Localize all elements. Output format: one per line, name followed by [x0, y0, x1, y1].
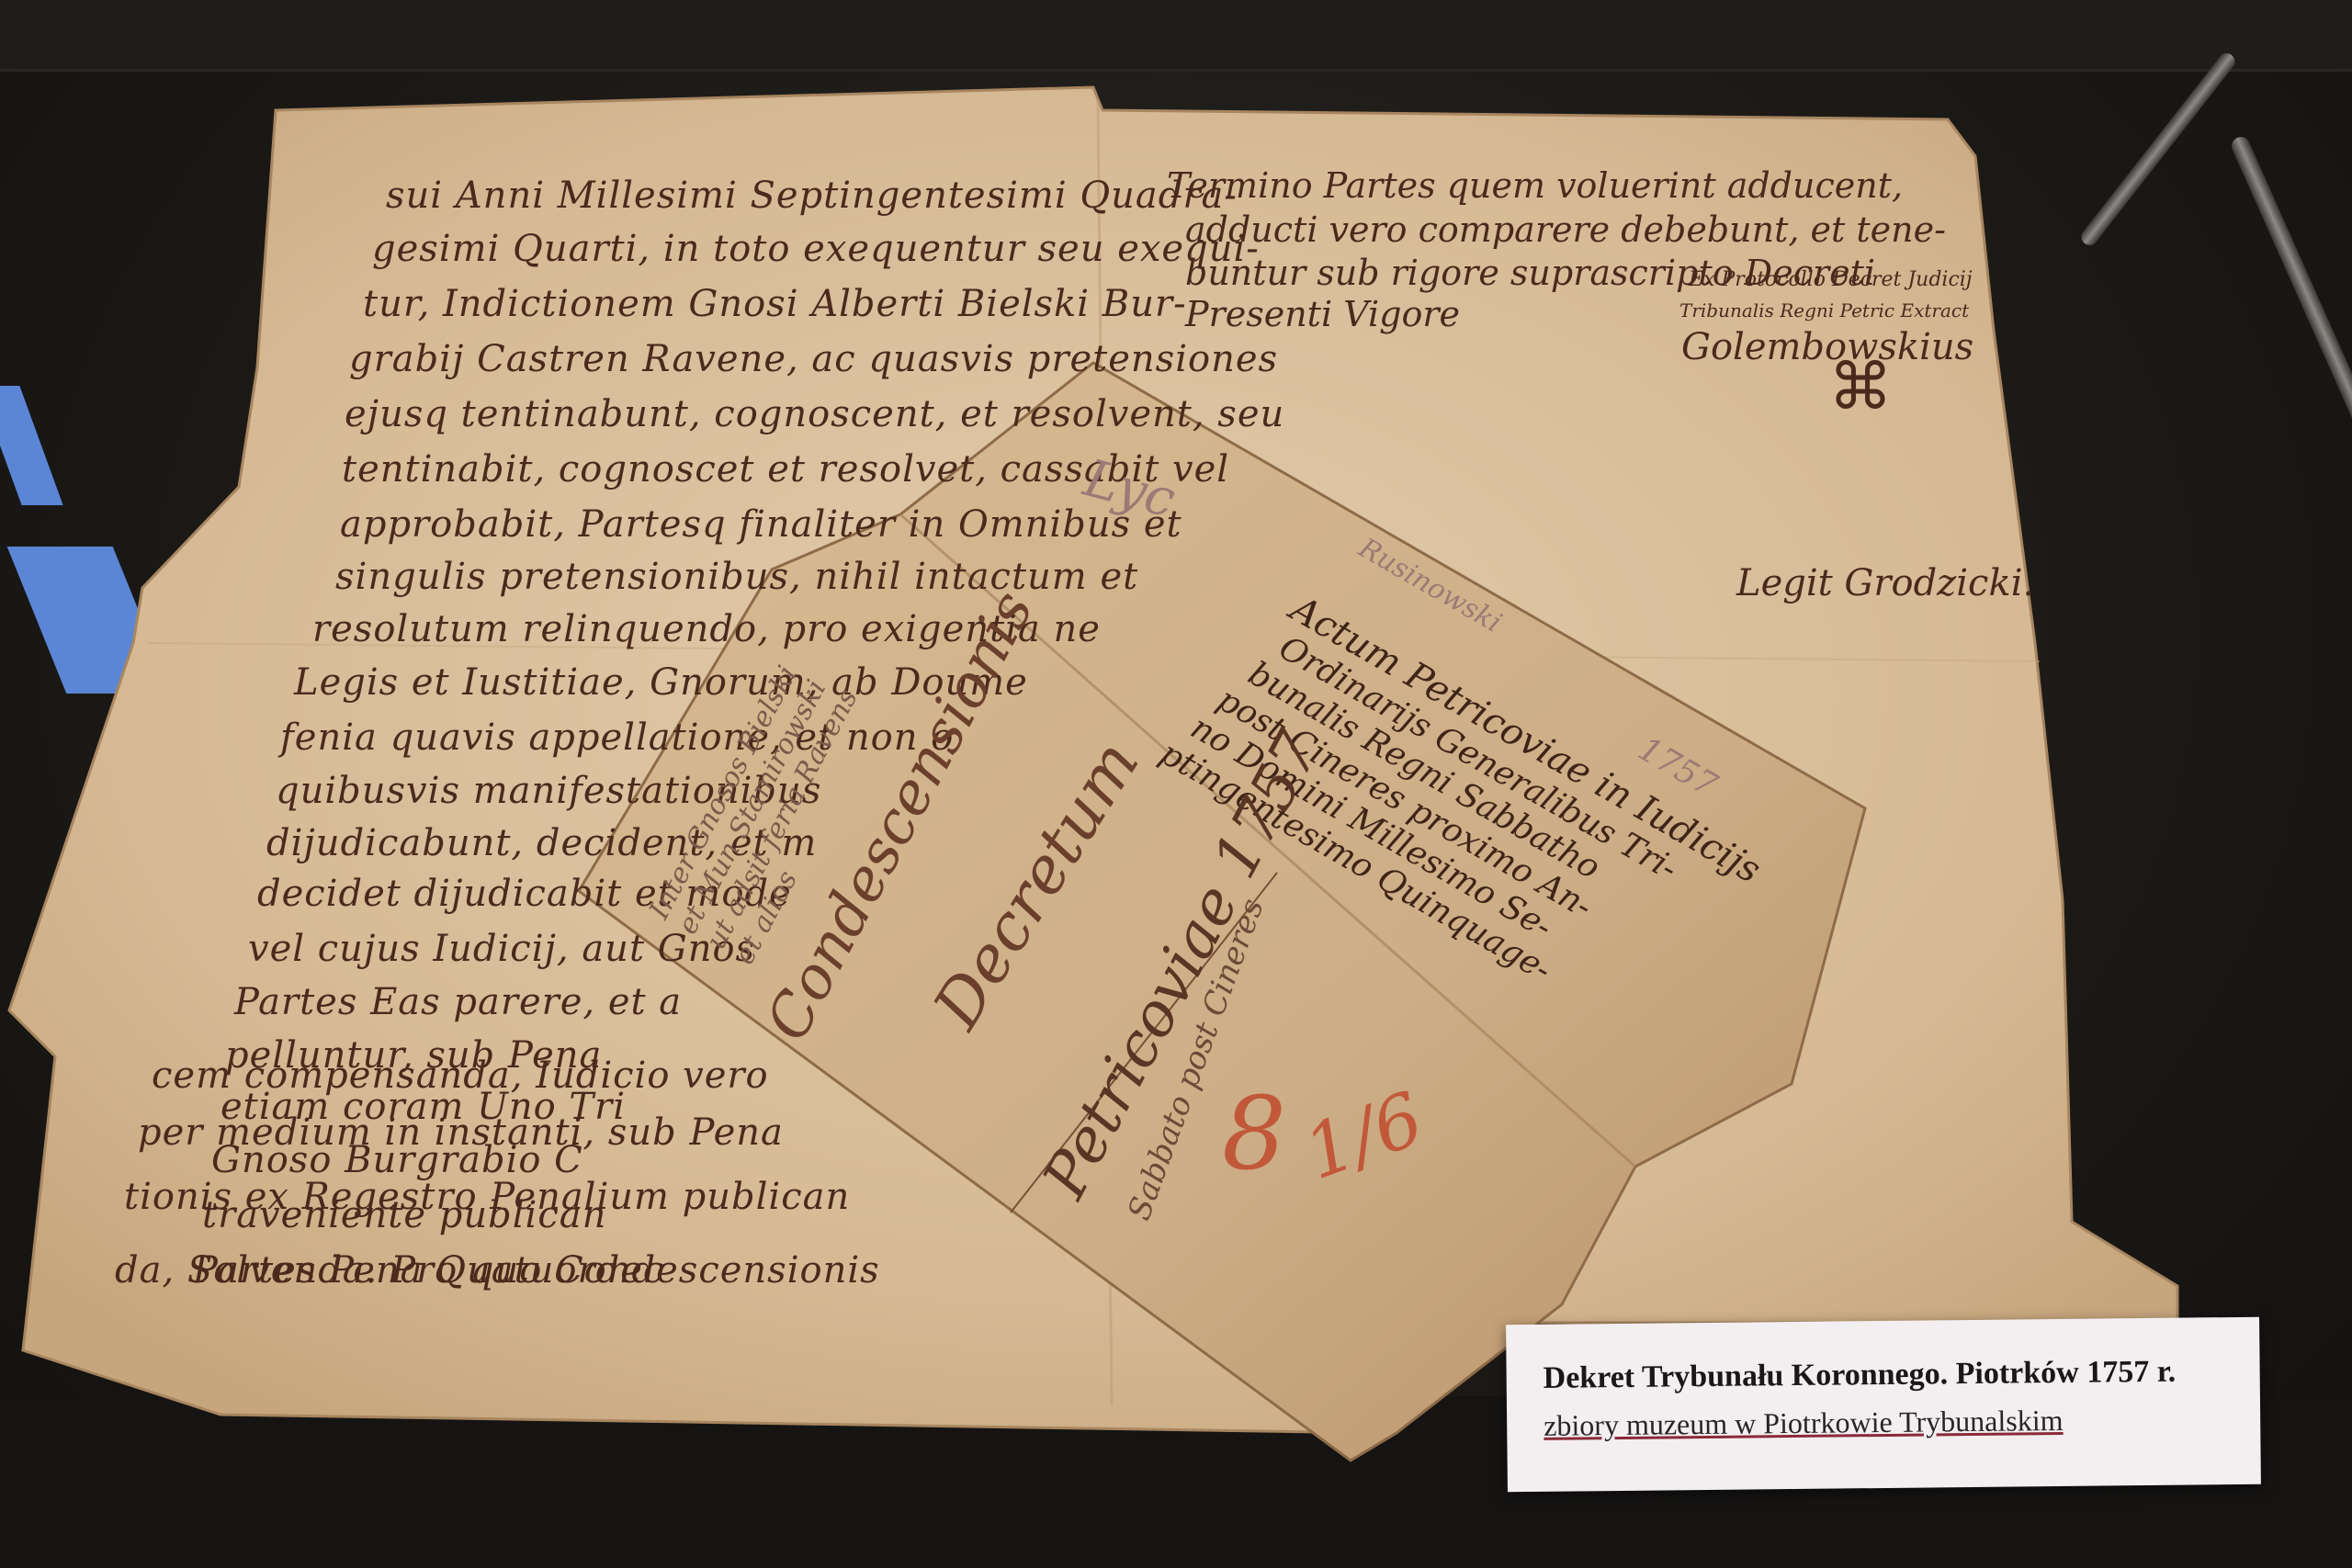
handwritten-line: tur, Indictionem Gnosi Alberti Bielski B…: [363, 283, 1187, 325]
label-subtitle: zbiory muzeum w Piotrkowie Trybunalskim: [1543, 1404, 2064, 1443]
handwritten-line: sui Anni Millesimi Septingentesimi Quadr…: [386, 175, 1238, 217]
museum-label-card: Dekret Trybunału Koronnego. Piotrków 175…: [1506, 1317, 2261, 1493]
handwritten-line: Partes Eas parere, et a: [234, 981, 682, 1023]
handwritten-line: singulis pretensionibus, nihil intactum …: [335, 556, 1138, 598]
handwritten-line: cem compensanda, Iudicio vero: [152, 1055, 769, 1097]
signature-line: Tribunalis Regni Petric Extract: [1679, 299, 1969, 321]
handwritten-line: approbabit, Partesq finaliter in Omnibus…: [340, 503, 1182, 546]
flourish-mark: ⌘: [1828, 349, 1893, 424]
signature-line: Ex Protocollo Decret Judicij: [1689, 268, 1973, 291]
handwritten-line: Termino Partes quem voluerint adducent,: [1167, 165, 1903, 206]
handwritten-line: gesimi Quarti, in toto exequentur seu ex…: [372, 228, 1260, 270]
envelope-red-numeral: 8: [1222, 1075, 1286, 1192]
museum-display-case: sui Anni Millesimi Septingentesimi Quadr…: [0, 0, 2352, 1568]
handwritten-line: per medium in instanti, sub Pena: [138, 1111, 784, 1154]
handwritten-line: vel cujus Iudicij, aut Gnos: [248, 928, 755, 970]
handwritten-line: grabij Castren Ravene, ac quasvis preten…: [349, 338, 1278, 380]
handwritten-line: ejusq tentinabunt, cognoscent, et resolv…: [345, 393, 1284, 435]
legit-signature: Legit Grodzicki.: [1736, 562, 2034, 604]
handwritten-line: tionis ex Regestro Penalium publican: [124, 1176, 850, 1218]
handwritten-line: da, Solvenda. Pro quo Condescensionis: [115, 1249, 880, 1292]
handwritten-line: Legis et Iustitiae, Gnorum, ab Doume: [294, 661, 1028, 704]
handwritten-line: Presenti Vigore: [1185, 294, 1460, 334]
label-title: Dekret Trybunału Koronnego. Piotrków 175…: [1543, 1355, 2176, 1396]
handwritten-line: adducti vero comparere debebunt, et tene…: [1185, 209, 1946, 250]
